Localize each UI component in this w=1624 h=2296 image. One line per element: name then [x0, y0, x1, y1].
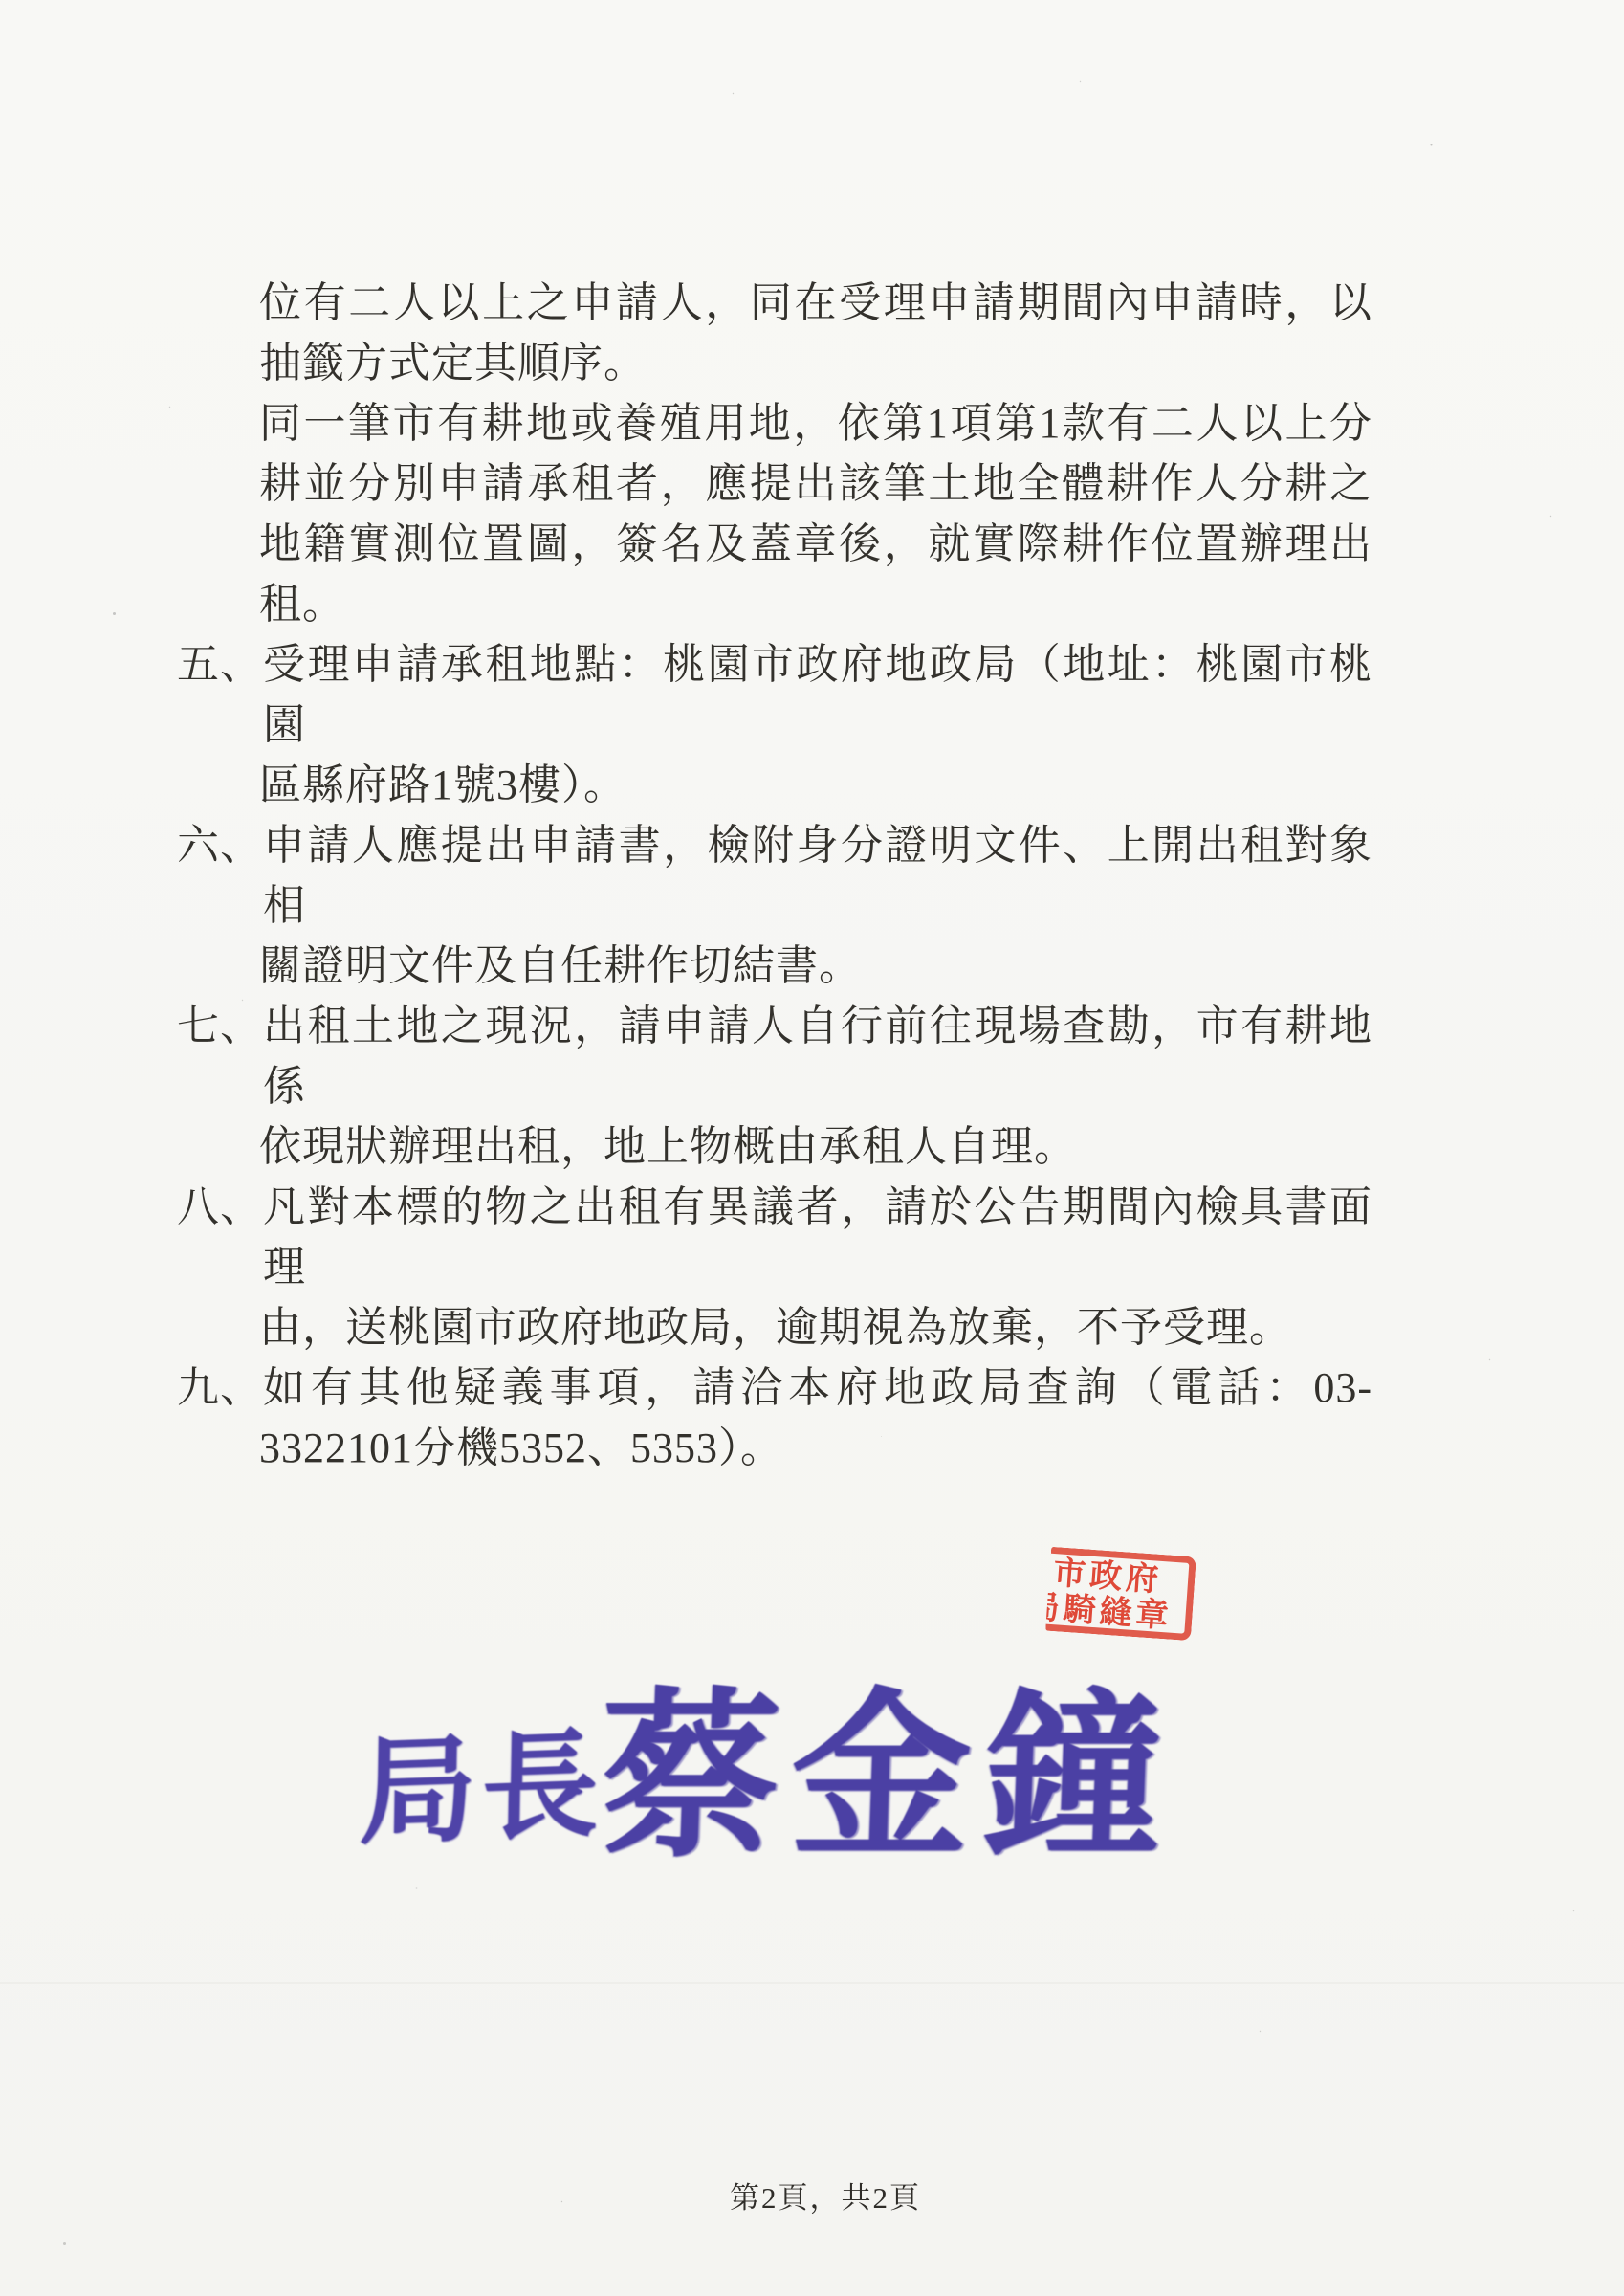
- item-number-label: 五、: [177, 634, 263, 755]
- text-line-item-5: 五、受理申請承租地點：桃園市政府地政局（地址：桃園市桃園: [177, 634, 1372, 755]
- text-line: 關證明文件及自任耕作切結書。: [177, 936, 1372, 996]
- text-line: 由，送桃園市政府地政局，逾期視為放棄，不予受理。: [177, 1297, 1372, 1358]
- document-page: 位有二人以上之申請人，同在受理申請期間內申請時，以 抽籤方式定其順序。 同一筆市…: [0, 0, 1624, 2296]
- line-text: 同一筆市有耕地或養殖用地，依第1項第1款有二人以上分: [259, 393, 1372, 453]
- line-text: 受理申請承租地點：桃園市政府地政局（地址：桃園市桃園: [263, 634, 1372, 755]
- signature-title: 局長: [359, 1690, 606, 1866]
- line-text: 申請人應提出申請書，檢附身分證明文件、上開出租對象相: [263, 815, 1372, 936]
- line-text: 耕並分別申請承租者，應提出該筆土地全體耕作人分耕之: [259, 453, 1372, 514]
- item-number-label: [177, 333, 259, 393]
- item-number-label: [177, 755, 259, 815]
- text-line-item-9: 九、如有其他疑義事項，請洽本府地政局查詢（電話：03-: [177, 1358, 1372, 1418]
- scan-crease-line: [0, 1982, 1624, 1984]
- page-number-footer: 第2頁，共2頁: [13, 2174, 1624, 2217]
- text-line-item-8: 八、凡對本標的物之出租有異議者，請於公告期間內檢具書面理: [177, 1177, 1372, 1297]
- line-text: 由，送桃園市政府地政局，逾期視為放棄，不予受理。: [259, 1297, 1372, 1358]
- body-text: 位有二人以上之申請人，同在受理申請期間內申請時，以 抽籤方式定其順序。 同一筆市…: [177, 273, 1372, 1478]
- item-number-label: 六、: [177, 815, 263, 936]
- item-number-label: 八、: [177, 1177, 263, 1297]
- item-number-label: [177, 1116, 259, 1177]
- line-text: 凡對本標的物之出租有異議者，請於公告期間內檢具書面理: [263, 1177, 1372, 1297]
- signature-name: 蔡金鐘: [596, 1632, 1178, 1890]
- item-number-label: [177, 273, 259, 333]
- text-line: 依現狀辦理出租，地上物概由承租人自理。: [177, 1116, 1372, 1177]
- line-text: 如有其他疑義事項，請洽本府地政局查詢（電話：03-: [263, 1358, 1372, 1418]
- line-text: 位有二人以上之申請人，同在受理申請期間內申請時，以: [259, 273, 1372, 333]
- text-line: 區縣府路1號3樓）。: [177, 755, 1372, 815]
- text-line-item-6: 六、申請人應提出申請書，檢附身分證明文件、上開出租對象相: [177, 815, 1372, 936]
- item-number-label: 九、: [177, 1358, 263, 1418]
- item-number-label: [177, 453, 259, 514]
- scan-specks: [0, 0, 3, 3]
- line-text: 依現狀辦理出租，地上物概由承租人自理。: [259, 1116, 1372, 1177]
- item-number-label: [177, 393, 259, 453]
- text-line: 租。: [177, 574, 1372, 634]
- paging-seal-stamp: 市政府 局騎縫章: [1045, 1547, 1196, 1641]
- line-text: 關證明文件及自任耕作切結書。: [259, 936, 1372, 996]
- item-number-label: [177, 1418, 259, 1478]
- line-text: 3322101分機5352、5353）。: [259, 1418, 1372, 1478]
- text-line: 耕並分別申請承租者，應提出該筆土地全體耕作人分耕之: [177, 453, 1372, 514]
- text-line: 地籍實測位置圖，簽名及蓋章後，就實際耕作位置辦理出: [177, 514, 1372, 574]
- text-line-item-7: 七、出租土地之現況，請申請人自行前往現場查勘，市有耕地係: [177, 996, 1372, 1116]
- item-number-label: [177, 574, 259, 634]
- item-number-label: [177, 1297, 259, 1358]
- text-line: 位有二人以上之申請人，同在受理申請期間內申請時，以: [177, 273, 1372, 333]
- line-text: 地籍實測位置圖，簽名及蓋章後，就實際耕作位置辦理出: [259, 514, 1372, 574]
- line-text: 抽籤方式定其順序。: [259, 333, 1372, 393]
- line-text: 租。: [259, 574, 1372, 634]
- text-line: 同一筆市有耕地或養殖用地，依第1項第1款有二人以上分: [177, 393, 1372, 453]
- text-line: 3322101分機5352、5353）。: [177, 1418, 1372, 1478]
- item-number-label: 七、: [177, 996, 263, 1116]
- line-text: 出租土地之現況，請申請人自行前往現場查勘，市有耕地係: [263, 996, 1372, 1116]
- line-text: 區縣府路1號3樓）。: [259, 755, 1372, 815]
- item-number-label: [177, 936, 259, 996]
- item-number-label: [177, 514, 259, 574]
- text-line: 抽籤方式定其順序。: [177, 333, 1372, 393]
